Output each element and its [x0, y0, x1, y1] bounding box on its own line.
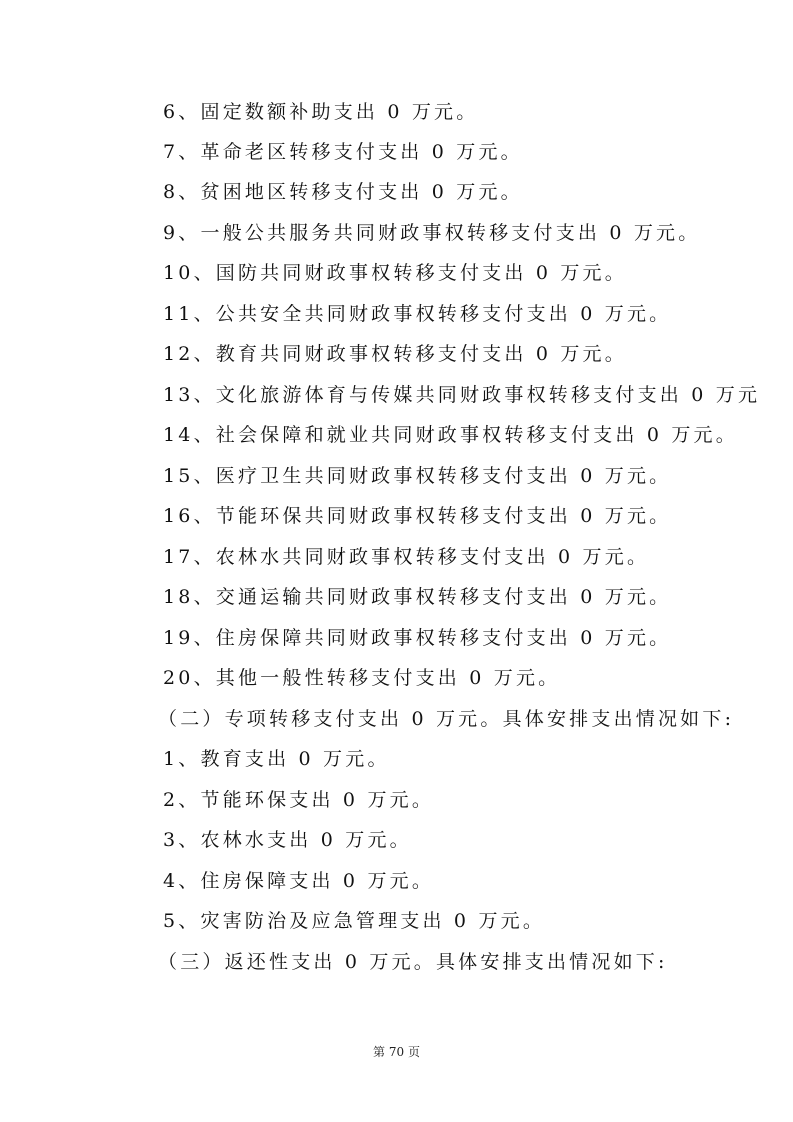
- list-item: 13、文化旅游体育与传媒共同财政事权转移支付支出 0 万元: [163, 383, 760, 407]
- list-item: 14、社会保障和就业共同财政事权转移支付支出 0 万元。: [163, 423, 738, 447]
- list-item: 5、灾害防治及应急管理支出 0 万元。: [163, 909, 545, 933]
- list-item: 3、农林水支出 0 万元。: [163, 828, 412, 852]
- section-heading: （二）专项转移支付支出 0 万元。具体安排支出情况如下:: [158, 707, 734, 731]
- list-item: 16、节能环保共同财政事权转移支付支出 0 万元。: [163, 504, 671, 528]
- list-item: 8、贫困地区转移支付支出 0 万元。: [163, 180, 523, 204]
- list-item: 11、公共安全共同财政事权转移支付支出 0 万元。: [163, 302, 671, 326]
- list-item: 17、农林水共同财政事权转移支付支出 0 万元。: [163, 545, 649, 569]
- page-number: 第 70 页: [0, 1043, 793, 1060]
- list-item: 4、住房保障支出 0 万元。: [163, 869, 434, 893]
- list-item: 6、固定数额补助支出 0 万元。: [163, 100, 478, 124]
- list-item: 1、教育支出 0 万元。: [163, 747, 390, 771]
- list-item: 7、革命老区转移支付支出 0 万元。: [163, 140, 523, 164]
- list-item: 12、教育共同财政事权转移支付支出 0 万元。: [163, 342, 627, 366]
- list-item: 20、其他一般性转移支付支出 0 万元。: [163, 666, 560, 690]
- list-item: 10、国防共同财政事权转移支付支出 0 万元。: [163, 261, 627, 285]
- list-item: 15、医疗卫生共同财政事权转移支付支出 0 万元。: [163, 464, 671, 488]
- section-heading: （三）返还性支出 0 万元。具体安排支出情况如下:: [158, 950, 668, 974]
- list-item: 9、一般公共服务共同财政事权转移支付支出 0 万元。: [163, 221, 700, 245]
- document-page: 6、固定数额补助支出 0 万元。7、革命老区转移支付支出 0 万元。8、贫困地区…: [0, 0, 793, 1122]
- list-item: 18、交通运输共同财政事权转移支付支出 0 万元。: [163, 585, 671, 609]
- list-item: 2、节能环保支出 0 万元。: [163, 788, 434, 812]
- list-item: 19、住房保障共同财政事权转移支付支出 0 万元。: [163, 626, 671, 650]
